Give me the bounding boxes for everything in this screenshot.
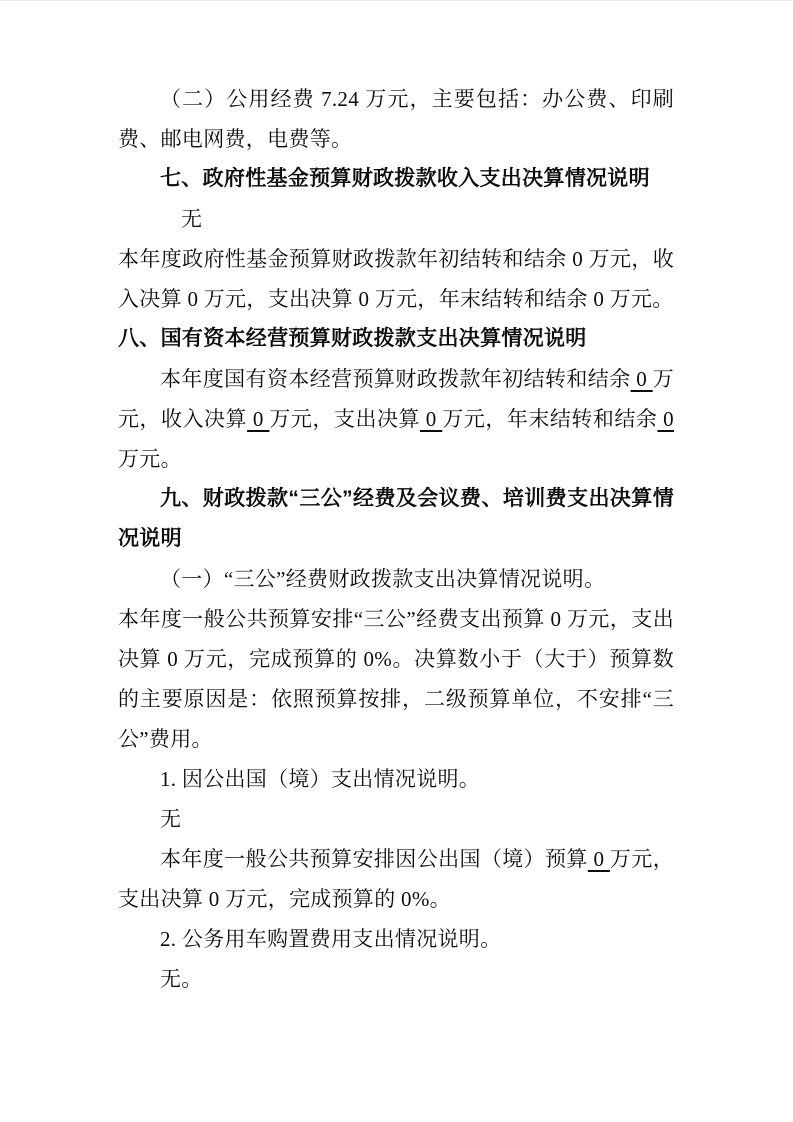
underlined-value: 0 xyxy=(657,407,674,431)
heading-section-seven: 七、政府性基金预算财政拨款收入支出决算情况说明 xyxy=(118,159,674,199)
paragraph-soe-budget-detail: 本年度国有资本经营预算财政拨款年初结转和结余 0 万元，收入决算 0 万元，支出… xyxy=(118,359,674,479)
paragraph-gov-fund-detail: 本年度政府性基金预算财政拨款年初结转和结余 0 万元，收入决算 0 万元，支出决… xyxy=(118,239,674,319)
text-run: 万元，支出决算 xyxy=(269,407,420,431)
text-run: 本年度一般公共预算安排因公出国（境）预算 xyxy=(160,847,588,871)
paragraph-public-expense: （二）公用经费 7.24 万元，主要包括：办公费、印刷费、邮电网费，电费等。 xyxy=(118,79,674,159)
underlined-value: 0 xyxy=(631,367,653,391)
text-run: 本年度国有资本经营预算财政拨款年初结转和结余 xyxy=(160,367,631,391)
paragraph-none-1: 无 xyxy=(118,199,674,239)
underlined-value: 0 xyxy=(588,847,610,871)
underlined-value: 0 xyxy=(247,407,269,431)
paragraph-three-public-intro: （一）“三公”经费财政拨款支出决算情况说明。 xyxy=(118,559,674,599)
heading-section-nine: 九、财政拨款“三公”经费及会议费、培训费支出决算情况说明 xyxy=(118,479,674,559)
paragraph-item1-abroad: 1. 因公出国（境）支出情况说明。 xyxy=(118,759,674,799)
underlined-value: 0 xyxy=(420,407,442,431)
paragraph-none-2: 无 xyxy=(118,799,674,839)
paragraph-abroad-budget-detail: 本年度一般公共预算安排因公出国（境）预算 0 万元，支出决算 0 万元，完成预算… xyxy=(118,839,674,919)
heading-section-eight: 八、国有资本经营预算财政拨款支出决算情况说明 xyxy=(118,319,674,359)
paragraph-none-3: 无。 xyxy=(118,959,674,999)
paragraph-three-public-detail: 本年度一般公共预算安排“三公”经费支出预算 0 万元，支出决算 0 万元，完成预… xyxy=(118,599,674,759)
document-content: （二）公用经费 7.24 万元，主要包括：办公费、印刷费、邮电网费，电费等。 七… xyxy=(118,79,674,999)
document-page: （二）公用经费 7.24 万元，主要包括：办公费、印刷费、邮电网费，电费等。 七… xyxy=(0,0,793,1122)
text-run: 万元。 xyxy=(118,447,182,471)
paragraph-item2-vehicle: 2. 公务用车购置费用支出情况说明。 xyxy=(118,919,674,959)
text-run: 万元，年末结转和结余 xyxy=(442,407,657,431)
